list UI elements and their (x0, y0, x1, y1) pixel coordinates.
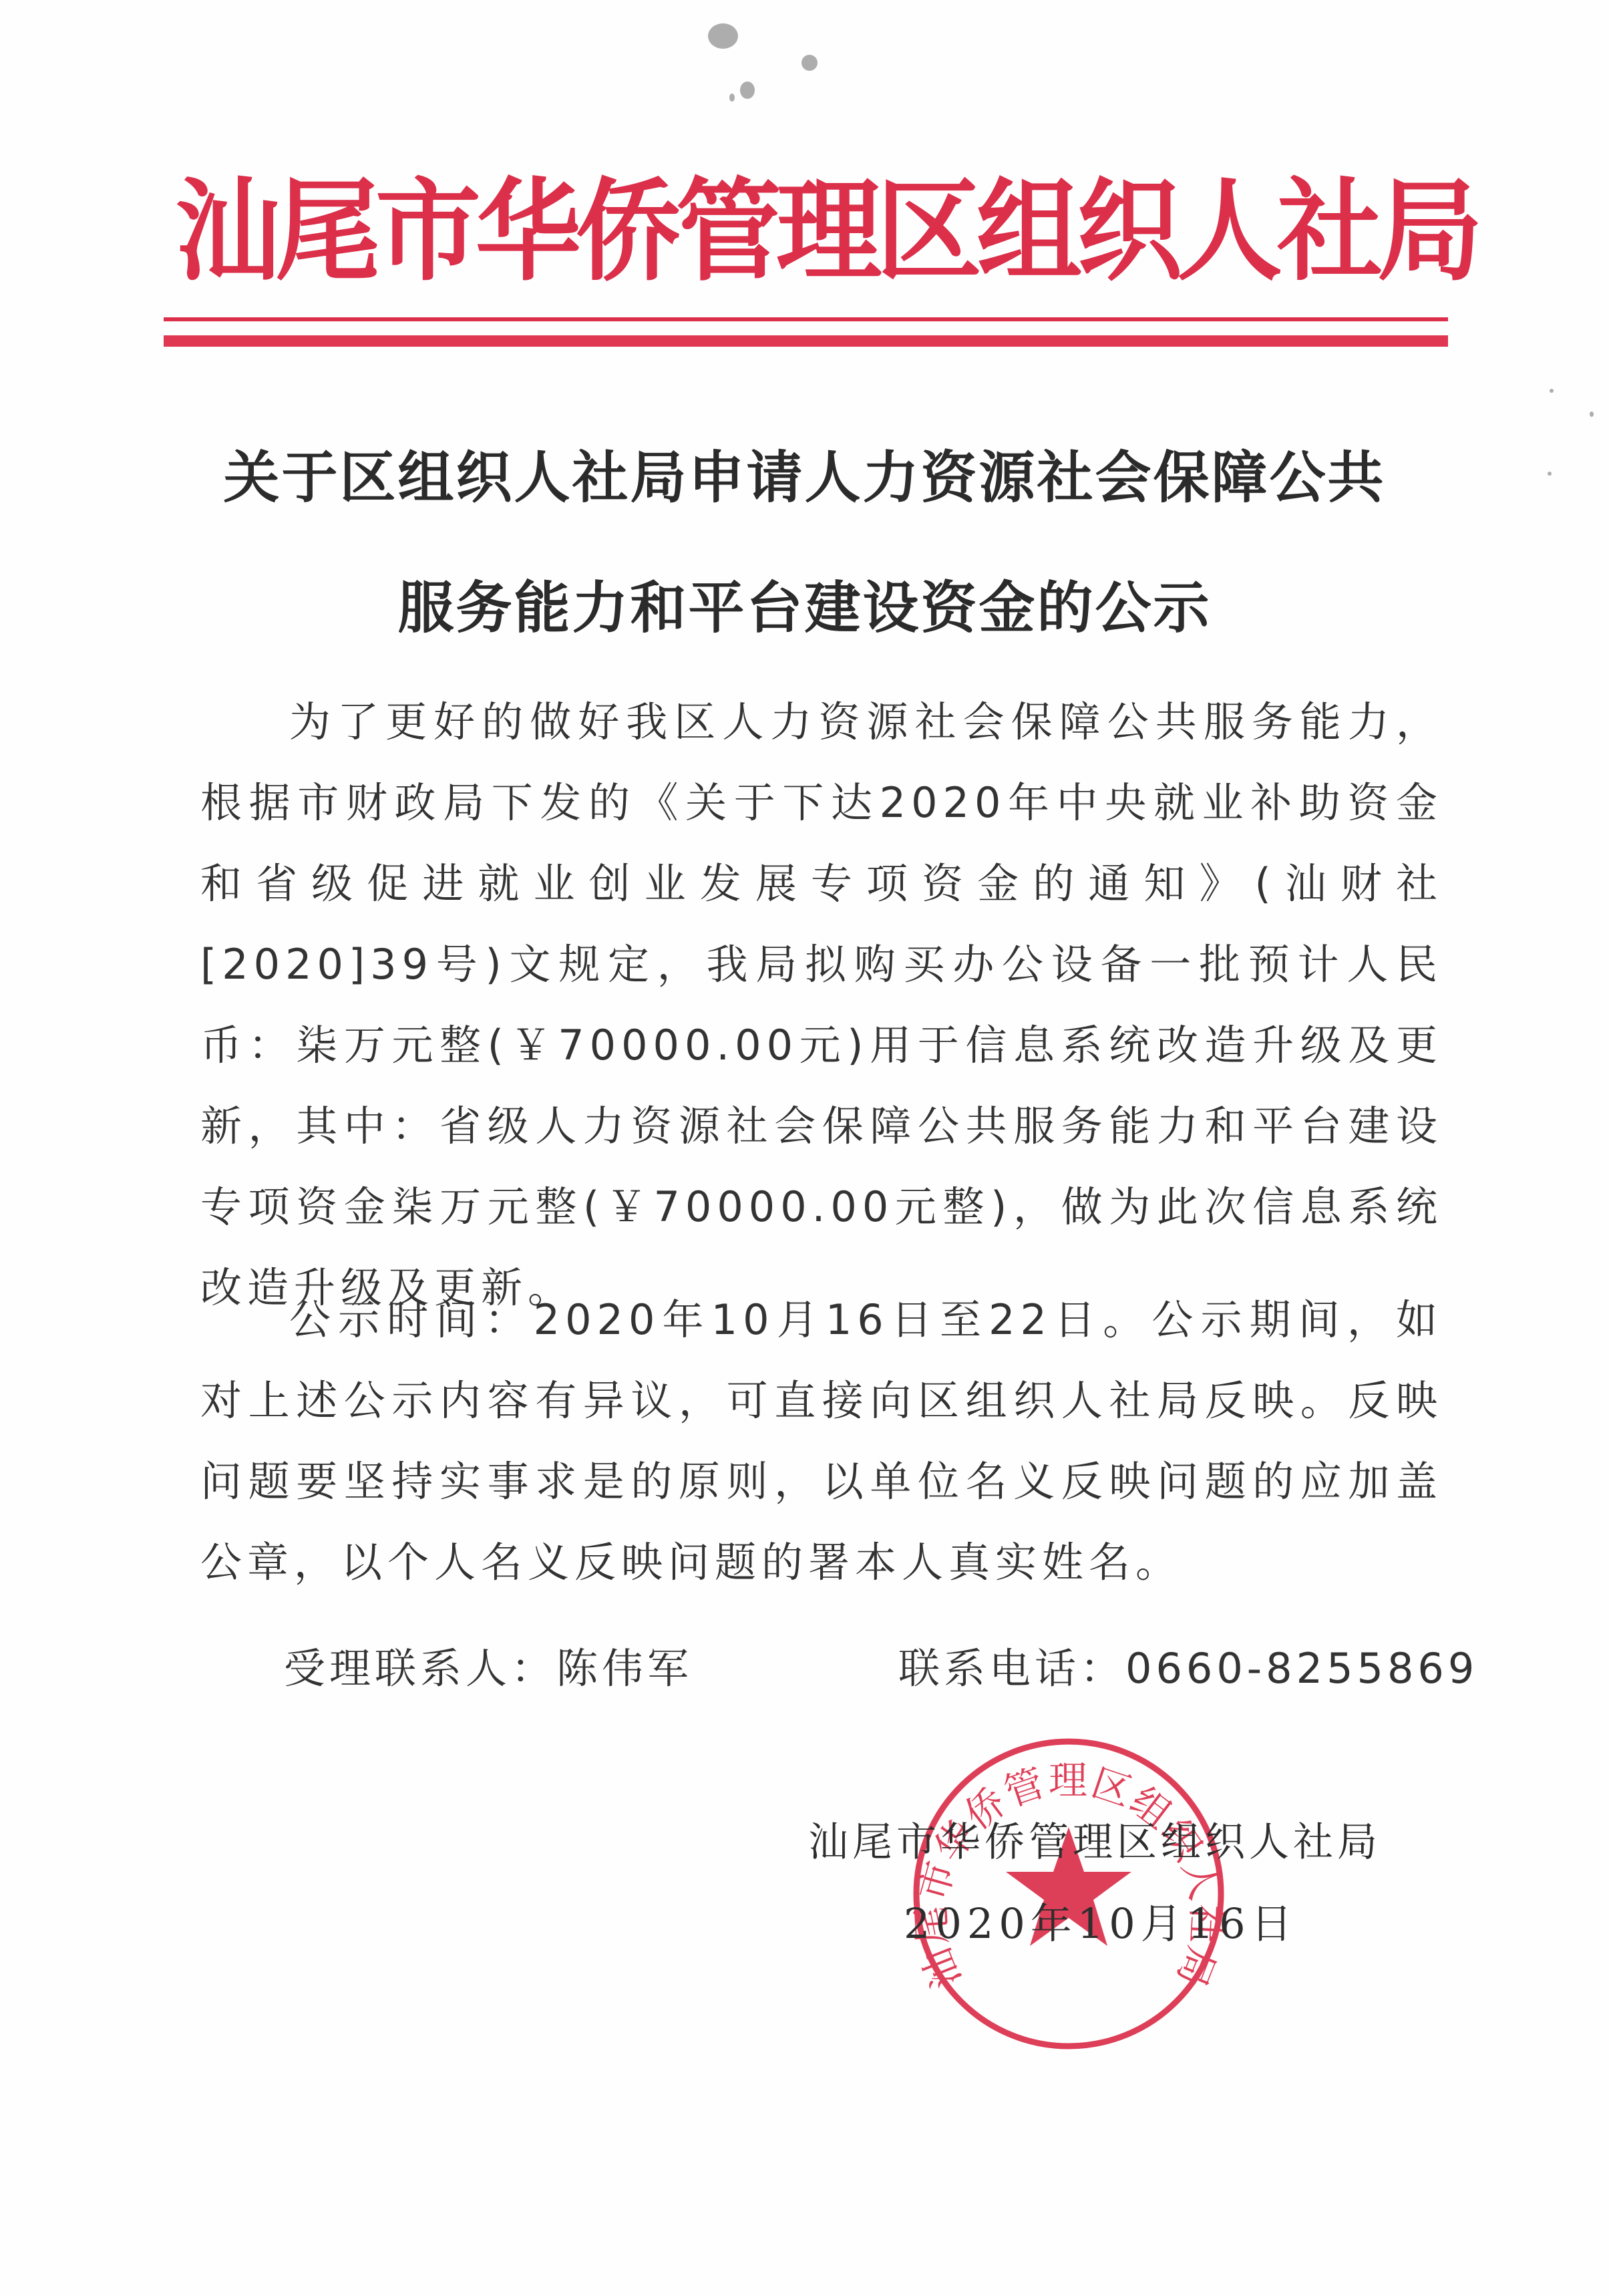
contact-phone-number: 0660-8255869 (1125, 1644, 1478, 1693)
letterhead-char: 织 (1077, 172, 1177, 292)
letterhead-char: 组 (976, 172, 1077, 292)
contact-row: 受理联系人：陈伟军 联系电话：0660-8255869 (0, 1635, 1609, 1702)
letterhead-title: 汕 尾 市 华 侨 管 理 区 组 织 人 社 局 (175, 175, 1464, 289)
scan-speck (801, 55, 818, 71)
contact-phone: 联系电话：0660-8255869 (898, 1635, 1478, 1702)
contact-person-name: 陈伟军 (556, 1644, 693, 1693)
body-paragraph-notice-period: 公示时间：2020年10月16日至22日。公示期间，如对上述公示内容有异议，可直… (200, 1279, 1443, 1603)
body-paragraph-funding: 为了更好的做好我区人力资源社会保障公共服务能力，根据市财政局下发的《关于下达20… (200, 681, 1443, 1328)
letterhead-rule-thin (164, 317, 1448, 321)
letterhead-char: 管 (676, 172, 776, 292)
signature-organization: 汕尾市华侨管理区组织人社局 (808, 1809, 1409, 1876)
document-title-line1: 关于区组织人社局申请人力资源社会保障公共 (0, 444, 1609, 511)
scan-speck (708, 23, 738, 49)
letterhead-char: 理 (776, 172, 876, 292)
scan-speck (1590, 412, 1594, 417)
contact-person-label: 受理联系人： (284, 1644, 556, 1693)
letterhead-char: 侨 (576, 172, 676, 292)
letterhead-char: 区 (876, 172, 976, 292)
letterhead-char: 汕 (175, 172, 275, 292)
letterhead-char: 局 (1377, 172, 1477, 292)
scan-speck (1550, 389, 1554, 393)
letterhead-char: 人 (1177, 172, 1277, 292)
letterhead-rule-thick (164, 335, 1448, 347)
document-page: 汕 尾 市 华 侨 管 理 区 组 织 人 社 局 关于区组织人社局申请人力资源… (0, 0, 1609, 2296)
letterhead-char: 华 (476, 172, 576, 292)
signature-date: 2020年10月16日 (904, 1891, 1298, 1957)
scan-speck (740, 81, 755, 99)
letterhead-char: 市 (375, 172, 476, 292)
letterhead-char: 尾 (275, 172, 375, 292)
letterhead-char: 社 (1277, 172, 1377, 292)
contact-person: 受理联系人：陈伟军 (284, 1635, 693, 1702)
scan-speck (729, 94, 735, 102)
document-title-line2: 服务能力和平台建设资金的公示 (0, 575, 1609, 641)
contact-phone-label: 联系电话： (898, 1644, 1125, 1693)
